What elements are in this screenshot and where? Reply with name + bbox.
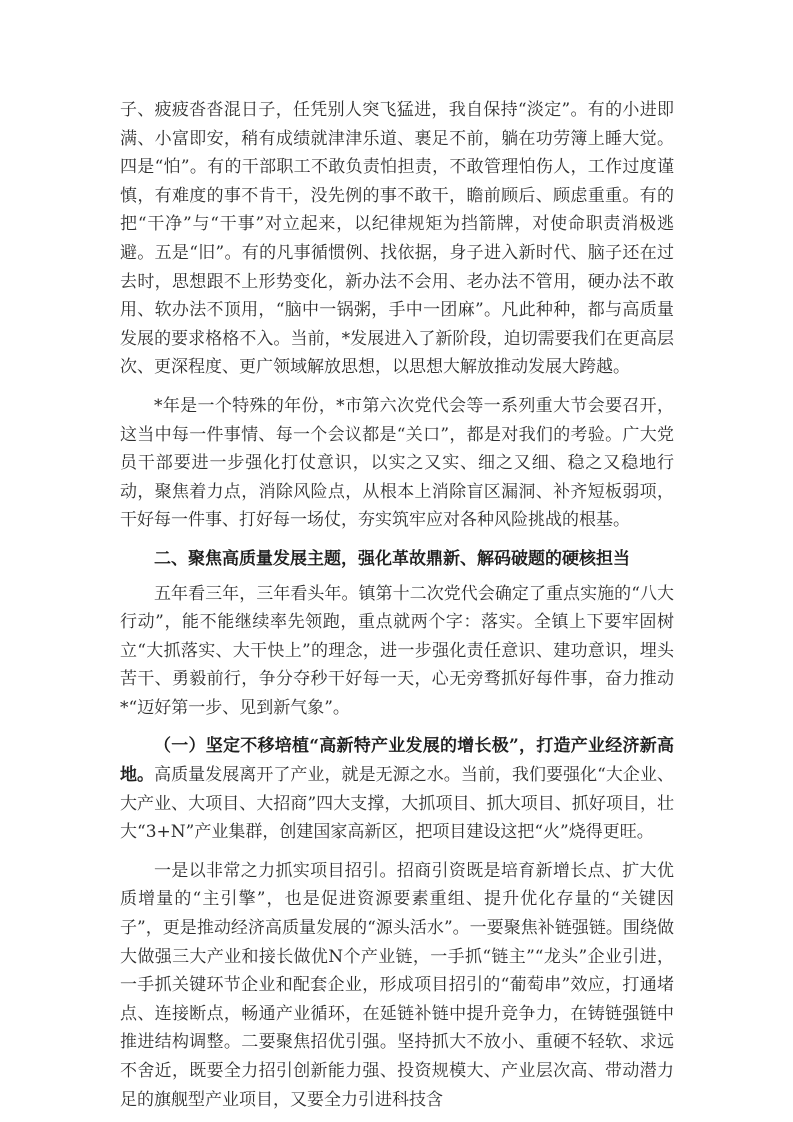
paragraph-continuation: 子、疲疲沓沓混日子，任凭别人突飞猛进，我自保持“淡定”。有的小进即满、小富即安，… [120, 96, 674, 382]
subsection-body: 高质量发展离开了产业，就是无源之水。当前，我们要强化“大企业、大产业、大项目、大… [120, 765, 674, 842]
section-heading-2: 二、聚焦高质量发展主题，强化革故鼎新、解码破题的硬核担当 [120, 545, 674, 574]
paragraph-five-years: 五年看三年，三年看头年。镇第十二次党代会确定了重点实施的“八大行动”，能不能继续… [120, 580, 674, 723]
paragraph-project-attraction: 一是以非常之力抓实项目招引。招商引资既是培育新增长点、扩大优质增量的“主引擎”，… [120, 857, 674, 1114]
paragraph-subsection-1: （一）坚定不移培植“高新特产业发展的增长极”，打造产业经济新高地。高质量发展离开… [120, 732, 674, 846]
paragraph-special-year: *年是一个特殊的年份，*市第六次党代会等一系列重大节会要召开，这当中每一件事情、… [120, 392, 674, 535]
document-page: 子、疲疲沓沓混日子，任凭别人突飞猛进，我自保持“淡定”。有的小进即满、小富即安，… [120, 96, 674, 1122]
